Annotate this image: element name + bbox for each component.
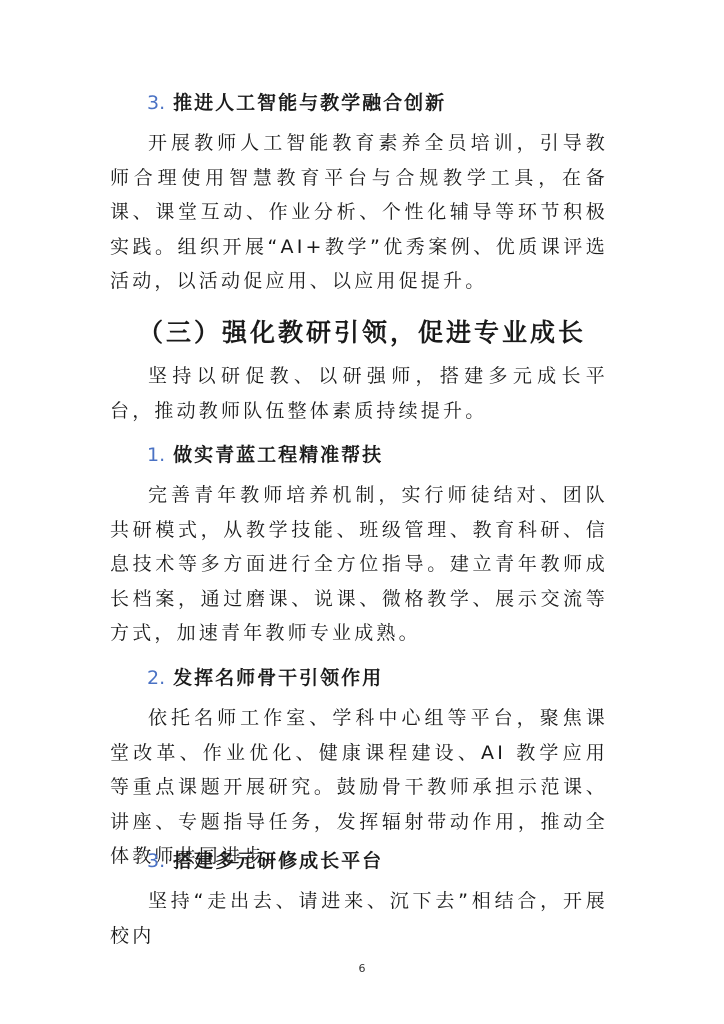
paragraph-qinglan: 完善青年教师培养机制，实行师徒结对、团队共研模式，从教学技能、班级管理、教育科研… xyxy=(110,478,608,651)
subheading-ai-integration: 3.推进人工智能与教学融合创新 xyxy=(147,88,446,115)
subheading-qinglan: 1.做实青蓝工程精准帮扶 xyxy=(147,440,383,467)
subheading-text: 搭建多元研修成长平台 xyxy=(173,850,383,872)
section-heading: （三）强化教研引领，促进专业成长 xyxy=(0,313,724,349)
list-number: 3. xyxy=(147,92,165,114)
paragraph-platform: 坚持“走出去、请进来、沉下去”相结合，开展校内 xyxy=(110,884,608,953)
paragraph-ai-training: 开展教师人工智能教育素养全员培训，引导教师合理使用智慧教育平台与合规教学工具，在… xyxy=(110,126,608,299)
paragraph-section-intro: 坚持以研促教、以研强师，搭建多元成长平台，推动教师队伍整体素质持续提升。 xyxy=(110,359,608,428)
list-number: 1. xyxy=(147,444,165,466)
subheading-text: 推进人工智能与教学融合创新 xyxy=(173,92,446,114)
page-number: 6 xyxy=(0,962,724,975)
subheading-platform: 3.搭建多元研修成长平台 xyxy=(147,846,383,873)
list-number: 3. xyxy=(147,850,165,872)
subheading-mingshi: 2.发挥名师骨干引领作用 xyxy=(147,663,383,690)
list-number: 2. xyxy=(147,667,165,689)
subheading-text: 发挥名师骨干引领作用 xyxy=(173,667,383,689)
subheading-text: 做实青蓝工程精准帮扶 xyxy=(173,444,383,466)
